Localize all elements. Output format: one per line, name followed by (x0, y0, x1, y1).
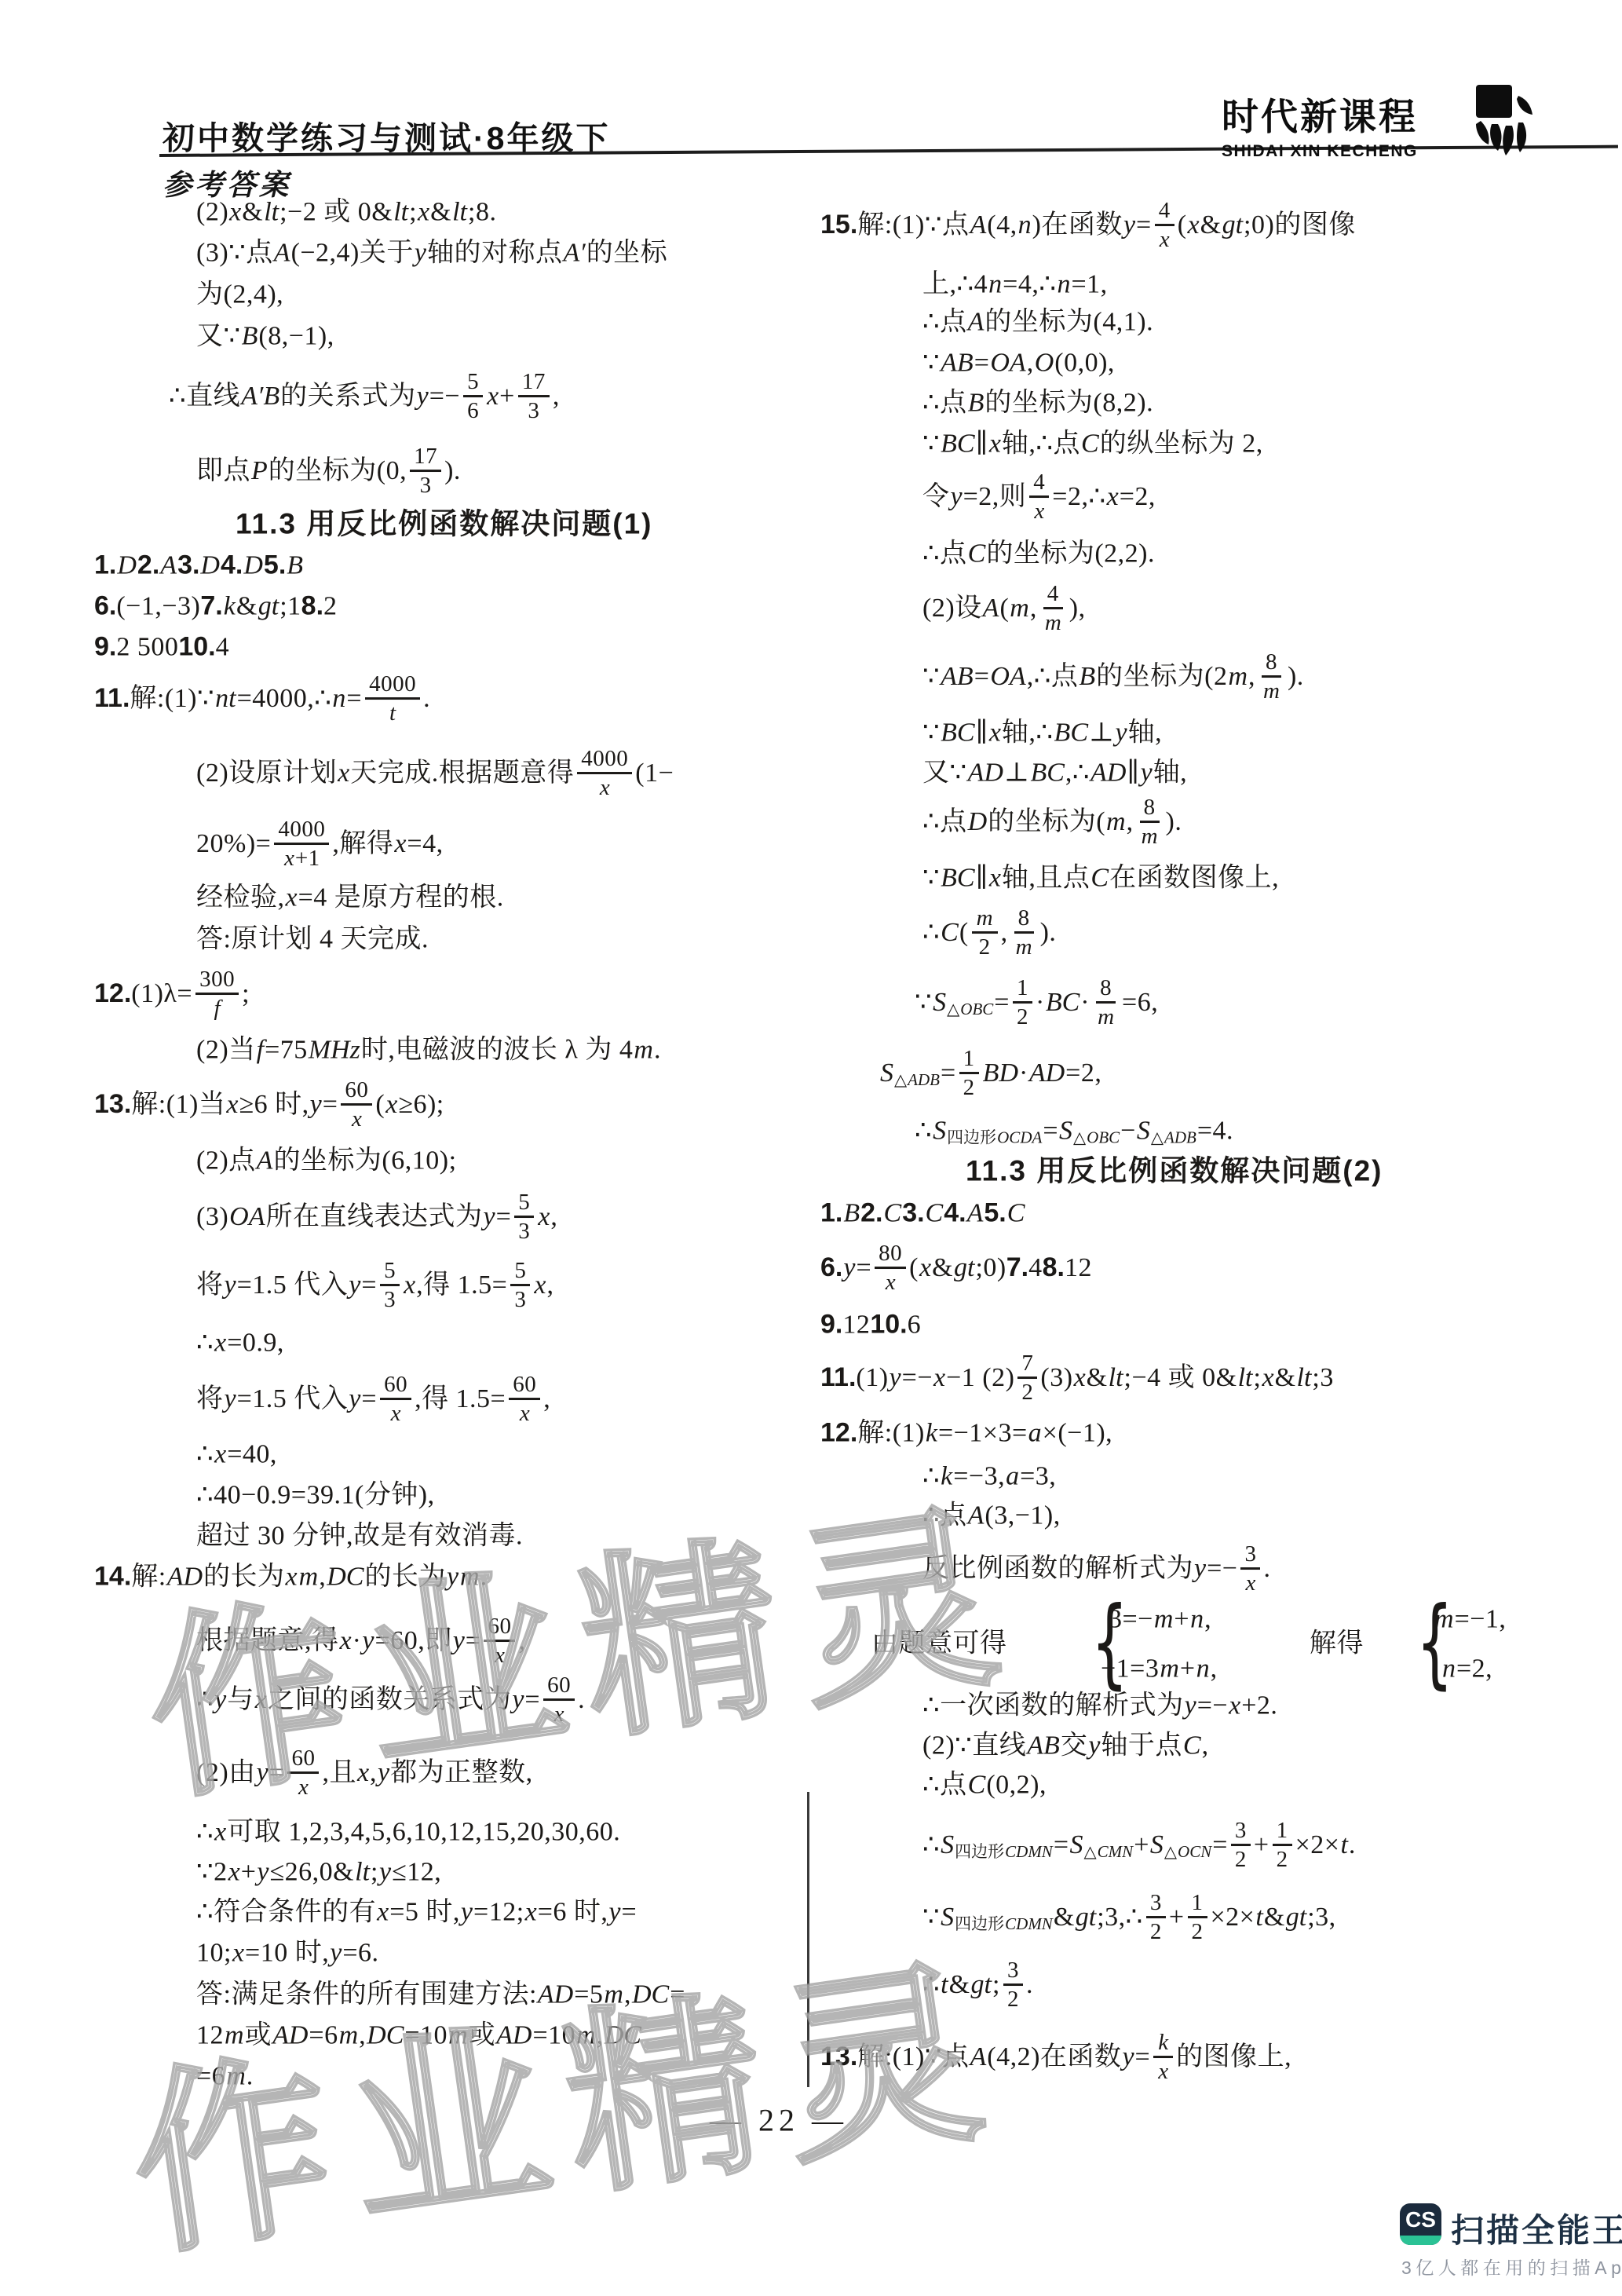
text-line: n=2, (1441, 1653, 1492, 1684)
answer-column-right: 15. 解:(1)∵点 A(4,n)在函数 y=4x(x&gt;0)的图像上,∴… (0, 0, 1622, 2296)
text-line: 解得 (1310, 1628, 1364, 1658)
scanned-answer-page: { "page": {"bg": "#ffffff", "text_color"… (0, 0, 1622, 2296)
text-line: ∵AB=OA,O(0,0), (922, 347, 1115, 378)
text-line: 3=−m+n, (1109, 1603, 1211, 1634)
text-line: ∵S△OBC=12·BC·8m=6, (915, 975, 1158, 1030)
text-line: ∴C(m2,8m). (922, 905, 1056, 960)
text-line: 上,∴4n=4,∴n=1, (922, 269, 1108, 299)
scanner-tagline: 3亿人都在用的扫描App (1401, 2254, 1622, 2280)
text-line: ∴点 A(3,−1), (922, 1500, 1061, 1530)
text-line: −1=3m+n, (1101, 1653, 1218, 1684)
scanner-app-name: 扫描全能王™ (1451, 2205, 1622, 2252)
text-line: (2)设 A(m,4m), (922, 581, 1086, 636)
text-line: 11. (1)y=−x−1 (2)72 (3)x&lt;−4 或 0&lt;x&… (820, 1351, 1334, 1406)
text-line: ∴一次函数的解析式为 y=−x+2. (922, 1690, 1277, 1720)
text-line: ∴k=−3,a=3, (922, 1461, 1056, 1491)
text-line: ∴点 C(0,2), (922, 1769, 1047, 1800)
cs-badge-strip (1400, 2236, 1441, 2245)
text-line: 6. y=80x(x&gt;0) 7. 4 8. 12 (820, 1241, 1092, 1296)
text-line: ∴点 A 的坐标为(4,1). (922, 306, 1153, 337)
text-line: ∵BC∥x 轴,且点 C 在函数图像上, (922, 862, 1279, 893)
cs-badge-label: CS (1400, 2203, 1441, 2236)
text-line: S△ADB=12BD·AD=2, (879, 1046, 1101, 1101)
text-line: 令 y=2,则4x=2,∴x=2, (922, 470, 1156, 525)
text-line: ∵AB=OA,∴点 B 的坐标为(2m,8m). (922, 649, 1304, 704)
page-number: — 22 — (710, 2102, 848, 2139)
text-line: ∴点 C 的坐标为(2,2). (922, 538, 1155, 569)
text-line: ∴点 D 的坐标为(m,8m). (922, 795, 1182, 850)
text-line: ∴S四边形OCDA=S△OBC−S△ADB=4. (915, 1115, 1233, 1146)
cs-badge-icon: CS (1400, 2203, 1441, 2245)
text-line: ∴点 B 的坐标为(8,2). (922, 387, 1153, 418)
text-line: 13. 解:(1)∵点 A(4,2)在函数 y=kx的图像上, (820, 2030, 1291, 2085)
text-line: (2)∵直线 AB 交 y 轴于点 C, (922, 1730, 1209, 1760)
text-line: m=−1, (1434, 1603, 1506, 1634)
text-line: ∵S四边形CDMN&gt;3,∴32+12×2×t&gt;3, (922, 1890, 1336, 1945)
text-line: 由题意可得 (871, 1628, 1007, 1658)
text-line: 9. 12 10. 6 (820, 1309, 921, 1340)
text-line: ∵BC∥x 轴,∴BC⊥y 轴, (922, 717, 1162, 748)
text-line: 15. 解:(1)∵点 A(4,n)在函数 y=4x(x&gt;0)的图像 (820, 198, 1356, 253)
text-line: 11.3 用反比例函数解决问题(2) (966, 1155, 1383, 1189)
scanner-app-name-text: 扫描全能王 (1451, 2212, 1622, 2249)
text-line: ∵BC∥x 轴,∴点 C 的纵坐标为 2, (922, 428, 1263, 459)
text-line: 1. B 2. C 3. C 4. A 5. C (820, 1197, 1025, 1228)
text-line: 又∵AD⊥BC,∴AD∥y 轴, (922, 757, 1187, 788)
text-line: 12. 解:(1)k=−1×3=a×(−1), (820, 1417, 1112, 1448)
text-line: ∴t&gt;32. (922, 1958, 1033, 2013)
text-line: ∴S四边形CDMN=S△CMN+S△OCN=32+12×2×t. (922, 1818, 1356, 1873)
